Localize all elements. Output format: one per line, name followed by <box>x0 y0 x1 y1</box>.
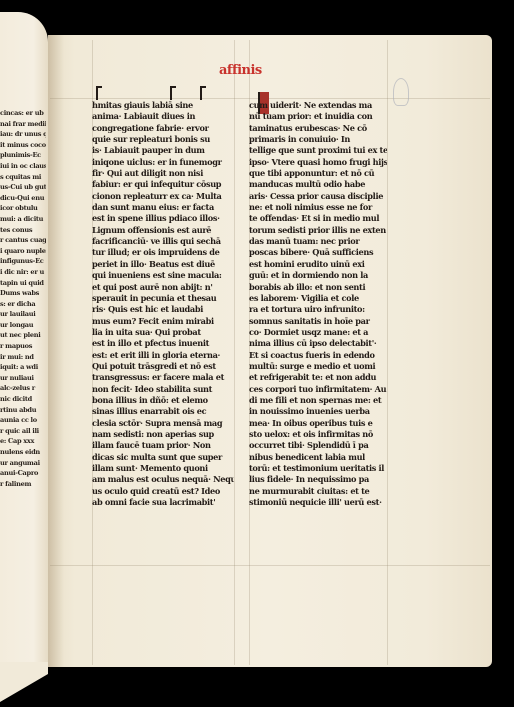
text-line: congregatione fabrie· ervor <box>92 123 234 134</box>
text-line: iquit: a wdi <box>0 362 46 373</box>
text-column-right: cum uiderit· Ne extendas manū tuam prior… <box>249 100 387 508</box>
marginal-drawing <box>393 78 409 106</box>
text-line: am malus est oculus nequā· Nequi <box>92 474 234 485</box>
text-line: illam sunt· Memento quoni <box>92 463 234 474</box>
text-line: ur longau <box>0 320 46 331</box>
ruling-line <box>387 40 388 665</box>
text-line: est in spene illius pdiaco illos· <box>92 213 234 224</box>
text-line: tur illud; er ois impruidens de <box>92 247 234 258</box>
text-line: nima illius cū ipso delectabit'· <box>249 338 387 349</box>
text-line: ris· Quis est hic et laudabi <box>92 304 234 315</box>
text-line: das manū tuam: nec prior <box>249 236 387 247</box>
text-line: aunia cc lo <box>0 415 46 426</box>
ascender-stroke <box>200 88 202 100</box>
text-line: taminatus erubescas· Ne cō <box>249 123 387 134</box>
text-line: est in illo et pfectus inuenit <box>92 338 234 349</box>
text-line: plunimis-Ec <box>0 150 46 161</box>
facing-page-left: cincas: er ubnai frar mediisiau: dr unus… <box>0 12 48 672</box>
text-line: transgressus: er facere mala et <box>92 372 234 383</box>
text-line: it minus cocodi <box>0 140 46 151</box>
text-line: ne: et noli nimius esse ne for <box>249 202 387 213</box>
text-column-left: hmitas giauis labiā sineanima· Labiauit … <box>92 100 234 508</box>
text-line: anui-Capro <box>0 468 46 479</box>
text-line: nam sedisti: non aperias sup <box>92 429 234 440</box>
text-line: tellige que sunt proximi tui ex te <box>249 145 387 156</box>
ruling-line <box>50 98 490 99</box>
ascender-stroke <box>96 88 98 100</box>
text-line: poscas bibere· Quā sufficiens <box>249 247 387 258</box>
text-line: manducas multū odio habe <box>249 179 387 190</box>
text-line: clesia sctōr· Supra mensā mag <box>92 418 234 429</box>
text-line: i dic nir: er u <box>0 267 46 278</box>
text-line: r cantus cuag <box>0 235 46 246</box>
text-line: i quaro nupler <box>0 246 46 257</box>
text-line: mea· In oibus operibus tuis e <box>249 418 387 429</box>
text-line: ur angumai <box>0 458 46 469</box>
text-line: stimoniū nequicie illi' uerū est· <box>249 497 387 508</box>
text-line: r quic ail ili <box>0 426 46 437</box>
text-line: est homini erudito uinū exi <box>249 259 387 270</box>
text-line: in nouissimo inuenies uerba <box>249 406 387 417</box>
text-line: tes conus <box>0 225 46 236</box>
text-line: s cquitas mi <box>0 172 46 183</box>
text-line: primaris in conuiuio· In <box>249 134 387 145</box>
text-line: et qui post aurē non abijt: n' <box>92 282 234 293</box>
text-line: non fecit· Ideo stabilita sunt <box>92 384 234 395</box>
text-line: r mapuos <box>0 341 46 352</box>
text-line: rtinu abdu <box>0 405 46 416</box>
text-line: lius fidele· In nequissimo pa <box>249 474 387 485</box>
text-line: torū: et testimonium ueritatis il <box>249 463 387 474</box>
text-line: Lignum offensionis est aurē <box>92 225 234 236</box>
text-line: ab omni facie sua lacrimabit' <box>92 497 234 508</box>
text-line: tapin ui quid <box>0 278 46 289</box>
text-line: sto uelox: et ois infirmitas nō <box>249 429 387 440</box>
ruling-line <box>50 565 490 566</box>
text-line: mui: a dicitu <box>0 214 46 225</box>
text-line: sinas illius enarrabit ois ec <box>92 406 234 417</box>
text-line: iui in oc clausu <box>0 161 46 172</box>
text-line: nū tuam prior: et inuidia con <box>249 111 387 122</box>
text-line: nic dicitd <box>0 394 46 405</box>
text-line: es laborem· Vigilia et cole <box>249 293 387 304</box>
text-line: cionon repleaturr ex ca· Multa <box>92 191 234 202</box>
text-line: que tibi apponuntur: et nō cū <box>249 168 387 179</box>
text-line: us oculo quid creatū est? Ideo <box>92 486 234 497</box>
text-line: ur nuliaui <box>0 373 46 384</box>
text-line: dan sunt manu eius: er facta <box>92 202 234 213</box>
text-line: bona illius in dñō: et elemo <box>92 395 234 406</box>
text-line: borabis ab illo: et non senti <box>249 282 387 293</box>
text-line: est: et erit illi in gloria eterna· <box>92 350 234 361</box>
text-line: occurret tibi· Splendidū ī pa <box>249 440 387 451</box>
text-line: somnus sanitatis in hoīe par <box>249 316 387 327</box>
text-line: nulens eidn <box>0 447 46 458</box>
text-line: dicu-Qui enu <box>0 193 46 204</box>
text-line: illam faucē tuam prior· Non <box>92 440 234 451</box>
text-line: iniqone uiclus: er in funemogr <box>92 157 234 168</box>
text-line: Dums wabs <box>0 288 46 299</box>
text-line: alc-zelus r <box>0 383 46 394</box>
gutter-shadow <box>48 35 64 667</box>
running-head: affinis <box>219 63 262 78</box>
text-line: mus eum? Fecit enim mirabi <box>92 316 234 327</box>
text-line: periet in illo· Beatus est diuē <box>92 259 234 270</box>
text-line: nai frar mediis <box>0 119 46 130</box>
text-line: nibus benedicent labia mul <box>249 452 387 463</box>
text-line: multū: surge e medio et uomi <box>249 361 387 372</box>
text-line: fir· Qui aut diligit non nisi <box>92 168 234 179</box>
text-line: anima· Labiauit diues in <box>92 111 234 122</box>
text-line: torum sedisti prior illis ne exten <box>249 225 387 236</box>
text-line: fabiur: er qui infequitur cōsup <box>92 179 234 190</box>
text-line: e: Cap xxx <box>0 436 46 447</box>
text-line: Et si coactus fueris in edendo <box>249 350 387 361</box>
text-line: infigunus-Ec <box>0 256 46 267</box>
text-line: guū: et in dormiendo non la <box>249 270 387 281</box>
text-line: r falinem <box>0 479 46 490</box>
text-line: te offendas· Et si in medio mul <box>249 213 387 224</box>
text-line: Qui potuit trāsgredi et nō est <box>92 361 234 372</box>
text-line: is· Labiauit pauper in dum <box>92 145 234 156</box>
facing-page-text: cincas: er ubnai frar mediisiau: dr unus… <box>0 108 46 489</box>
text-line: facrificanciū· ve illis qui sechā <box>92 236 234 247</box>
text-line: di me fili et non spernas me: et <box>249 395 387 406</box>
text-line: ra et tortura uiro infrunito: <box>249 304 387 315</box>
text-line: ut nec pleni <box>0 330 46 341</box>
ruling-line <box>234 40 235 665</box>
text-line: cincas: er ub <box>0 108 46 119</box>
text-line: icor obtulu <box>0 203 46 214</box>
text-line: iau: dr unus qui <box>0 129 46 140</box>
text-line: s: er dicha <box>0 299 46 310</box>
text-line: et refrigerabit te: et non addu <box>249 372 387 383</box>
text-line: ne murmurabit ciuitas: et te <box>249 486 387 497</box>
text-line: qui inueniens est sine macula: <box>92 270 234 281</box>
text-line: cum uiderit· Ne extendas ma <box>249 100 387 111</box>
text-line: us-Cui ub gut <box>0 182 46 193</box>
text-line: aris· Cessa prior causa disciplie <box>249 191 387 202</box>
text-line: ur lauilaui <box>0 309 46 320</box>
text-line: sperauit in pecunia et thesau <box>92 293 234 304</box>
text-line: ces corpori tuo infirmitatem· Au <box>249 384 387 395</box>
text-line: lia in uita sua· Qui probat <box>92 327 234 338</box>
text-line: quie sur repleaturi bonis su <box>92 134 234 145</box>
text-line: hmitas giauis labiā sine <box>92 100 234 111</box>
ascender-stroke <box>170 88 172 100</box>
text-line: co· Dormiet usqz mane: et a <box>249 327 387 338</box>
text-line: dicas sic multa sunt que super <box>92 452 234 463</box>
text-line: ir mui: nd <box>0 352 46 363</box>
text-line: ipso· Vtere quasi homo frugi hijs <box>249 157 387 168</box>
